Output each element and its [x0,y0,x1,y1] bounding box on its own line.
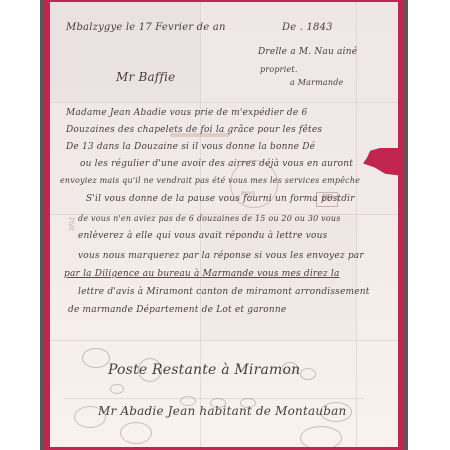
calligraphic-flourish [300,368,316,380]
body-line-1: Madame Jean Abadie vous prie de m'expédi… [66,108,307,118]
body-line-10: par la Diligence au bureau à Marmande vo… [64,269,340,279]
horizontal-fold-line [50,340,398,342]
letter-sheet: PAYS PP Piét Mbalzygye le 17 Fevrier de … [50,2,398,447]
year-line: De . 1843 [282,22,333,33]
recipient-right-line1: Drelle a M. Nau ainé [258,47,357,57]
horizontal-fold-line [50,102,398,104]
place-date-line: Mbalzygye le 17 Fevrier de an [66,22,226,33]
body-line-9: vous nous marquerez par la réponse si vo… [78,251,364,261]
torn-edge [363,148,398,176]
calligraphic-flourish [300,426,342,447]
address-line-1: Poste Restante à Miramon [108,362,300,378]
recipient-right-line2: propriet. [260,65,298,74]
body-line-8: enlèverez à elle qui vous avait répondu … [78,231,327,241]
body-line-6: S'il vous donne de la pause vous fourni … [86,194,355,204]
body-line-11: lettre d'avis à Miramont canton de miram… [78,287,370,297]
vertical-fold-line [200,2,202,447]
salutation: Mr Baffie [116,70,175,84]
body-line-7: de vous n'en aviez pas de 6 douzaines de… [78,214,341,223]
body-line-3: De 13 dans la Douzaine si il vous donne … [66,142,315,152]
calligraphic-flourish [110,384,124,394]
body-line-4: ou les régulier d'une avoir des airres d… [80,159,353,169]
address-line-2: Mr Abadie Jean habitant de Montauban [98,404,346,418]
body-line-2: Douzaines des chapelets de foi la grâce … [66,125,322,135]
calligraphic-flourish [120,422,152,444]
calligraphic-flourish [82,348,110,368]
margin-note: Piét [67,217,75,231]
upper-left-panel [50,2,200,102]
body-line-12: de marmande Département de Lot et garonn… [68,305,286,315]
body-line-5: envoyiez mais qu'il ne vendrait pas été … [60,176,360,185]
recipient-right-line3: a Marmande [290,78,343,87]
vertical-fold-line-right [356,2,358,447]
